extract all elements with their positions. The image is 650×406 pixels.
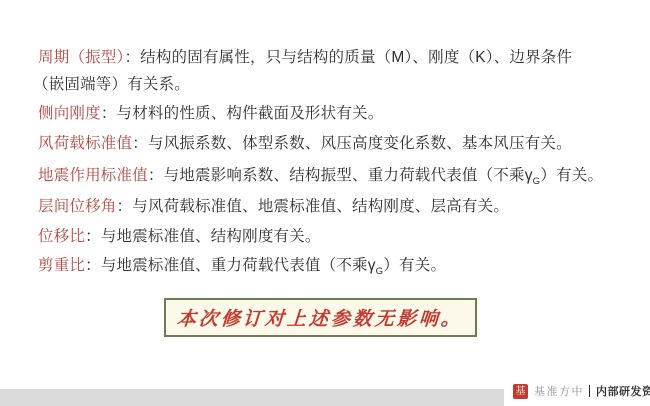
term-item-drift-angle: 层间位移角：与风荷载标准值、地震标准值、结构刚度、层高有关。 xyxy=(38,197,509,217)
footer-label: 内部研发资料 xyxy=(596,383,650,399)
term-item-shear-weight-ratio: 剪重比：与地震标准值、重力荷载代表值（不乘γG）有关。 xyxy=(38,256,446,276)
term-definition-pre: 与地震影响系数、结构振型、重力荷载代表值（不乘 xyxy=(164,167,525,184)
footer-separator xyxy=(589,385,590,397)
revision-note-text: 本次修订对上述参数无影响。 xyxy=(177,304,465,331)
term-colon: ： xyxy=(132,135,148,152)
term-definition: 与风振系数、体型系数、风压高度变化系数、基本风压有关。 xyxy=(148,135,572,152)
slide-page: 周期（振型）：结构的固有属性，只与结构的质量（M）、刚度（K）、边界条件 （嵌固… xyxy=(0,0,650,406)
term-definition-pre: 与地震标准值、重力荷载代表值（不乘 xyxy=(101,257,368,274)
term-definition-post: ）有关。 xyxy=(540,167,603,184)
term-item-displacement-ratio: 位移比：与地震标准值、结构刚度有关。 xyxy=(38,227,321,247)
term-definition-wrap: （嵌固端等）有关系。 xyxy=(33,76,190,93)
term-label: 周期（振型） xyxy=(38,49,124,66)
term-definition: 与风荷载标准值、地震标准值、结构刚度、层高有关。 xyxy=(132,198,509,215)
term-item-lateral-stiffness: 侧向刚度：与材料的性质、构件截面及形状有关。 xyxy=(38,104,383,124)
term-definition-post: ）有关。 xyxy=(383,257,446,274)
term-label: 层间位移角 xyxy=(38,198,117,215)
term-colon: ： xyxy=(124,49,140,66)
revision-note-box: 本次修订对上述参数无影响。 xyxy=(164,298,477,337)
term-colon: ： xyxy=(85,228,101,245)
term-label: 剪重比 xyxy=(38,257,85,274)
term-colon: ： xyxy=(101,105,117,122)
brand-seal-icon: 基 xyxy=(513,384,528,399)
brand-name: 基准方中 xyxy=(534,383,584,399)
gamma-symbol: γ xyxy=(368,257,376,274)
footer-divider-bar xyxy=(0,389,504,406)
term-definition: 结构的固有属性，只与结构的质量（M）、刚度（K）、边界条件 xyxy=(140,49,572,66)
term-item-seismic-action: 地震作用标准值：与地震影响系数、结构振型、重力荷载代表值（不乘γG）有关。 xyxy=(38,166,603,186)
term-item-period-wrap: （嵌固端等）有关系。 xyxy=(33,75,190,95)
term-colon: ： xyxy=(85,257,101,274)
term-label: 地震作用标准值 xyxy=(38,167,148,184)
term-item-wind-load: 风荷载标准值：与风振系数、体型系数、风压高度变化系数、基本风压有关。 xyxy=(38,134,572,154)
gamma-symbol: γ xyxy=(525,167,533,184)
term-colon: ： xyxy=(148,167,164,184)
term-label: 风荷载标准值 xyxy=(38,135,132,152)
term-definition: 与地震标准值、结构刚度有关。 xyxy=(101,228,321,245)
term-label: 侧向刚度 xyxy=(38,105,101,122)
footer-brand: 基 基准方中 内部研发资料 xyxy=(513,383,650,399)
term-colon: ： xyxy=(117,198,133,215)
term-label: 位移比 xyxy=(38,228,85,245)
term-definition: 与材料的性质、构件截面及形状有关。 xyxy=(117,105,384,122)
term-item-period: 周期（振型）：结构的固有属性，只与结构的质量（M）、刚度（K）、边界条件 xyxy=(38,48,572,68)
